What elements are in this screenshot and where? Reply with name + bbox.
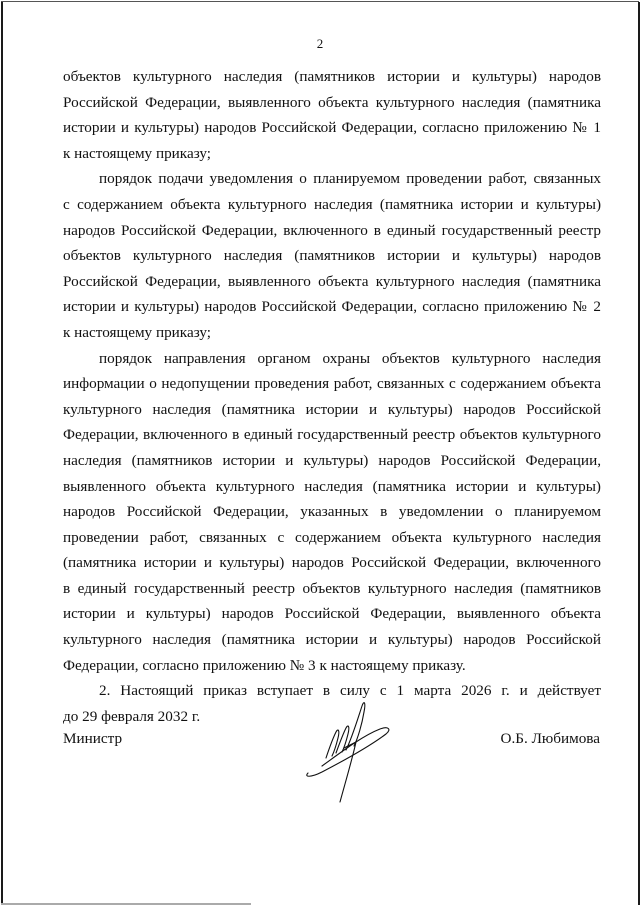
document-body: объектов культурного наследия (памятнико… bbox=[63, 64, 601, 729]
text-line: с содержанием объекта культурного наслед… bbox=[63, 192, 601, 218]
text-line: информации о недопущении проведения рабо… bbox=[63, 371, 601, 397]
paragraph-annex-3: порядок направления органом охраны объек… bbox=[63, 346, 601, 679]
text-line: Федерации, согласно приложению № 3 к нас… bbox=[63, 653, 601, 679]
text-line: народов Российской Федерации, включенног… bbox=[63, 218, 601, 244]
paragraph-annex-1-continuation: объектов культурного наследия (памятнико… bbox=[63, 64, 601, 166]
text-line: истории и культуры) народов Российской Ф… bbox=[63, 115, 601, 141]
document-page: 2 объектов культурного наследия (памятни… bbox=[0, 0, 640, 905]
text-line: народов Российской Федерации, указанных … bbox=[63, 499, 601, 525]
text-line: наследия (памятников истории и культуры)… bbox=[63, 448, 601, 474]
text-line: в единый государственный реестр объектов… bbox=[63, 576, 601, 602]
scan-border-top bbox=[1, 1, 639, 2]
paragraph-annex-2: порядок подачи уведомления о планируемом… bbox=[63, 166, 601, 345]
text-line: культурного наследия (памятника истории … bbox=[63, 627, 601, 653]
text-line: истории и культуры) народов Российской Ф… bbox=[63, 601, 601, 627]
text-line: порядок направления органом охраны объек… bbox=[63, 346, 601, 372]
text-line: объектов культурного наследия (памятнико… bbox=[63, 64, 601, 90]
text-line: к настоящему приказу; bbox=[63, 141, 601, 167]
handwritten-signature-icon bbox=[300, 698, 410, 808]
text-line: порядок подачи уведомления о планируемом… bbox=[63, 166, 601, 192]
text-line: Российской Федерации, выявленного объект… bbox=[63, 269, 601, 295]
text-line: истории и культуры) народов Российской Ф… bbox=[63, 294, 601, 320]
signatory-name: О.Б. Любимова bbox=[501, 730, 601, 748]
text-line: выявленного объекта культурного наследия… bbox=[63, 474, 601, 500]
text-line: Федерации, включенного в единый государс… bbox=[63, 422, 601, 448]
scan-border-left bbox=[1, 2, 3, 904]
text-line: культурного наследия (памятника истории … bbox=[63, 397, 601, 423]
text-line: (памятника истории и культуры) народов Р… bbox=[63, 550, 601, 576]
text-line: объектов культурного наследия (памятнико… bbox=[63, 243, 601, 269]
text-line: к настоящему приказу; bbox=[63, 320, 601, 346]
text-line: проведении работ, связанных с содержание… bbox=[63, 525, 601, 551]
signatory-title: Министр bbox=[63, 730, 122, 748]
text-line: Российской Федерации, выявленного объект… bbox=[63, 90, 601, 116]
page-number: 2 bbox=[0, 36, 640, 52]
